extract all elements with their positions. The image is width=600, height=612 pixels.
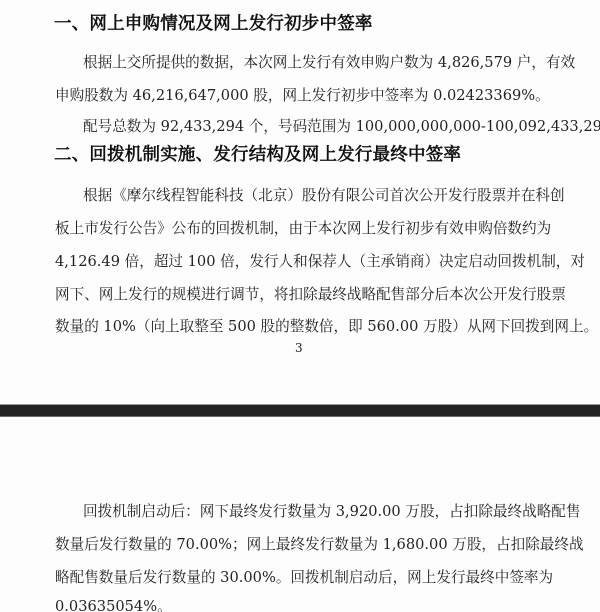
section-2-paragraph-line-2: 板上市发行公告》公布的回拨机制，由于本次网上发行初步有效申购倍数约为 <box>55 219 545 239</box>
document-page-3: 一、网上申购情况及网上发行初步中签率 根据上交所提供的数据，本次网上发行有效申购… <box>0 0 600 404</box>
section-2-paragraph-line-1: 根据《摩尔线程智能科技（北京）股份有限公司首次公开发行股票并在科创 <box>83 186 545 206</box>
document-page-4: 回拨机制启动后：网下最终发行数量为 3,920.00 万股，占扣除最终战略配售 … <box>0 417 600 612</box>
clawback-paragraph-line-4: 0.03635054%。 <box>55 597 545 612</box>
clawback-paragraph-line-1: 回拨机制启动后：网下最终发行数量为 3,920.00 万股，占扣除最终战略配售 <box>83 502 545 522</box>
section-2-paragraph-line-3: 4,126.49 倍，超过 100 倍，发行人和保荐人（主承销商）决定启动回拨机… <box>55 252 545 272</box>
clawback-paragraph-line-3: 略配售数量后发行数量的 30.00%。回拨机制启动后，网上发行最终中签率为 <box>55 568 545 588</box>
section-2-paragraph-line-5: 数量的 10%（向上取整至 500 股的整数倍，即 560.00 万股）从网下回… <box>55 317 545 337</box>
section-2-heading: 二、回拨机制实施、发行结构及网上发行最终中签率 <box>54 144 461 166</box>
page-number: 3 <box>295 341 303 355</box>
page-break-divider <box>0 404 600 417</box>
section-1-heading: 一、网上申购情况及网上发行初步中签率 <box>54 13 373 35</box>
section-1-paragraph-1-line-2: 申购股数为 46,216,647,000 股，网上发行初步中签率为 0.0242… <box>55 86 545 106</box>
section-1-paragraph-1-line-1: 根据上交所提供的数据，本次网上发行有效申购户数为 4,826,579 户，有效 <box>83 53 545 73</box>
section-2-paragraph-line-4: 网下、网上发行的规模进行调节，将扣除最终战略配售部分后本次公开发行股票 <box>55 285 545 305</box>
section-1-paragraph-2-line-1: 配号总数为 92,433,294 个，号码范围为 100,000,000,000… <box>83 117 545 137</box>
clawback-paragraph-line-2: 数量后发行数量的 70.00%；网上最终发行数量为 1,680.00 万股，占扣… <box>55 535 545 555</box>
